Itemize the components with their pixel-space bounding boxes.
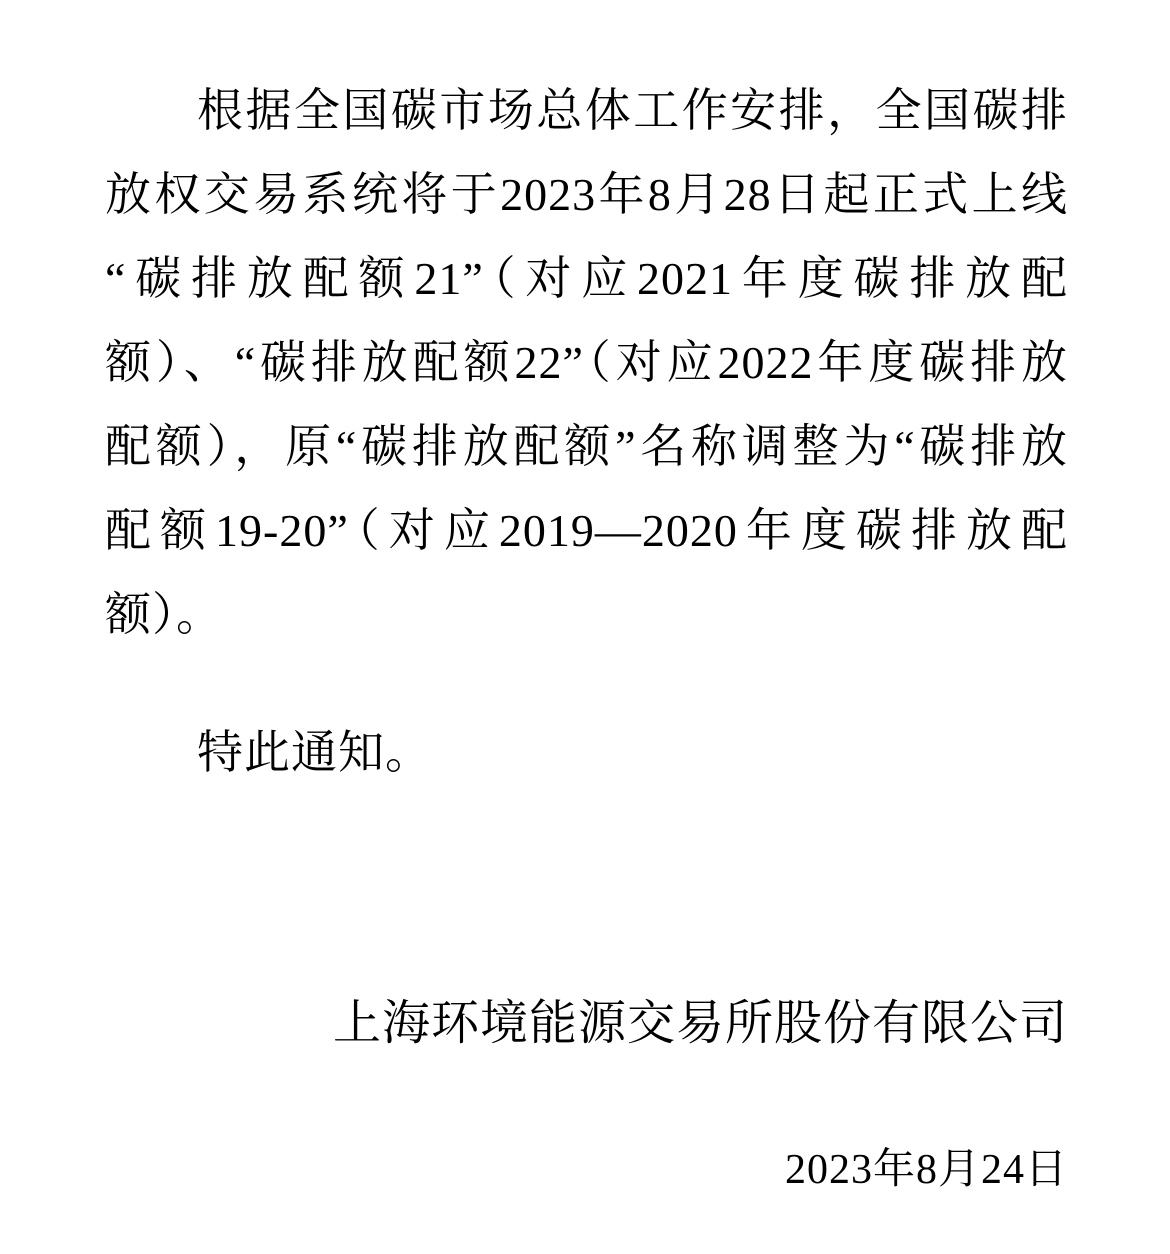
notice-line: 额）、“碳排放配额22”（对应2022年度碳排放 bbox=[105, 321, 1068, 405]
issue-date: 2023年8月24日 bbox=[105, 1128, 1068, 1212]
notice-line: 放权交易系统将于2023年8月28日起正式上线 bbox=[105, 153, 1068, 237]
issuer-signature: 上海环境能源交易所股份有限公司 bbox=[105, 982, 1068, 1066]
notice-line: 根据全国碳市场总体工作安排，全国碳排 bbox=[105, 69, 1068, 153]
notice-line: 配额19-20”（对应2019—2020年度碳排放配 bbox=[105, 489, 1068, 573]
notice-line: 配额），原“碳排放配额”名称调整为“碳排放 bbox=[105, 405, 1068, 489]
notice-document: 根据全国碳市场总体工作安排，全国碳排 放权交易系统将于2023年8月28日起正式… bbox=[0, 0, 1170, 1212]
notice-line: 额）。 bbox=[105, 573, 1068, 657]
notice-line: “碳排放配额21”（对应2021年度碳排放配 bbox=[105, 237, 1068, 321]
closing-statement: 特此通知。 bbox=[105, 711, 1068, 795]
notice-body-paragraph: 根据全国碳市场总体工作安排，全国碳排 放权交易系统将于2023年8月28日起正式… bbox=[105, 69, 1068, 657]
